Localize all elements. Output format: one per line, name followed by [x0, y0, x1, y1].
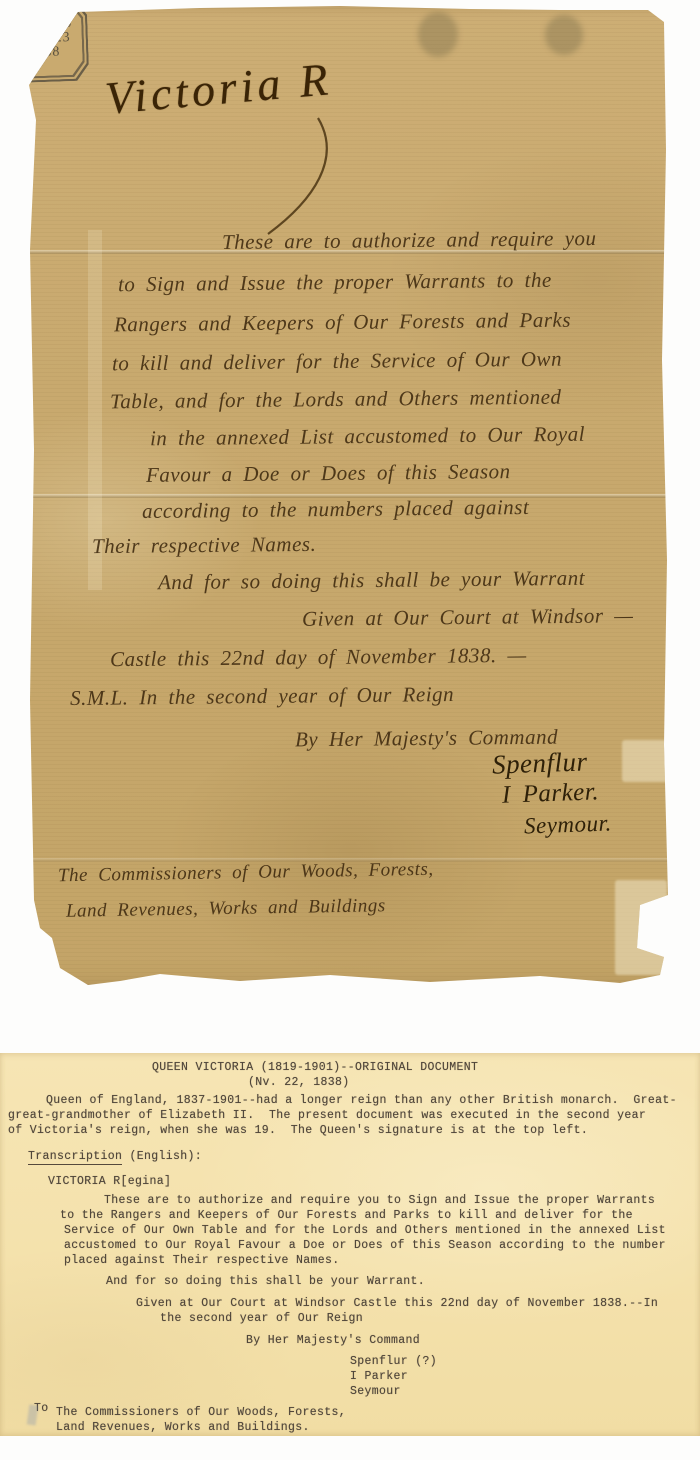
manuscript-line: Favour a Doe or Does of this Season: [146, 459, 511, 488]
typed-line: to the Rangers and Keepers of Our Forest…: [60, 1209, 633, 1222]
address-line: Land Revenues, Works and Buildings: [66, 895, 386, 923]
clerk-signature: Spenflur: [491, 746, 588, 780]
manuscript-line: These are to authorize and require you: [222, 226, 597, 255]
stain: [418, 12, 458, 57]
stamp-line-date: NOV 23: [17, 31, 71, 48]
manuscript-line: in the annexed List accustomed to Our Ro…: [150, 422, 585, 452]
stamp-line-year: 1838: [28, 46, 60, 62]
manuscript-line: And for so doing this shall be your Warr…: [158, 566, 585, 595]
typed-line: QUEEN VICTORIA (1819-1901)--ORIGINAL DOC…: [152, 1061, 478, 1074]
manuscript-line: Given at Our Court at Windsor —: [302, 603, 634, 631]
typed-line: accustomed to Our Royal Favour a Doe or …: [64, 1239, 666, 1252]
typed-line: By Her Majesty's Command: [246, 1334, 420, 1347]
typed-line: Service of Our Own Table and for the Lor…: [64, 1224, 666, 1237]
manuscript-line: Rangers and Keepers of Our Forests and P…: [114, 308, 571, 338]
clerk-signature: I Parker.: [502, 778, 600, 809]
typed-line: I Parker: [350, 1370, 408, 1383]
address-line: The Commissioners of Our Woods, Forests,: [58, 859, 434, 888]
manuscript-document: RECEIVED NOV 23 1838 Victoria R These ar…: [0, 0, 700, 1000]
typed-line: Land Revenues, Works and Buildings.: [56, 1421, 310, 1434]
typed-transcription-sheet: QUEEN VICTORIA (1819-1901)--ORIGINAL DOC…: [0, 1053, 700, 1436]
typed-line: Seymour: [350, 1385, 401, 1398]
faint-blue-mark: [27, 1404, 39, 1425]
manuscript-line: Castle this 22nd day of November 1838. —: [110, 643, 527, 672]
tape-mark: [615, 880, 667, 975]
manuscript-line: Table, and for the Lords and Others ment…: [110, 385, 562, 415]
typed-line: These are to authorize and require you t…: [104, 1194, 655, 1207]
manuscript-line: according to the numbers placed against: [142, 495, 530, 524]
clerk-signature: Seymour.: [524, 810, 613, 839]
typed-line: of Victoria's reign, when she was 19. Th…: [8, 1124, 588, 1137]
typed-line: Queen of England, 1837-1901--had a longe…: [46, 1094, 677, 1107]
manuscript-line: S.M.L. In the second year of Our Reign: [70, 682, 454, 711]
received-stamp: RECEIVED NOV 23 1838: [0, 0, 89, 84]
typed-line: placed against Their respective Names.: [64, 1254, 340, 1267]
typed-line: great-grandmother of Elizabeth II. The p…: [8, 1109, 646, 1122]
typed-line: Spenflur (?): [350, 1355, 437, 1368]
transcription-heading-rest: (English):: [122, 1150, 202, 1163]
typed-line: And for so doing this shall be your Warr…: [106, 1275, 425, 1288]
typed-line: the second year of Our Reign: [160, 1312, 363, 1325]
manuscript-line: to kill and deliver for the Service of O…: [112, 347, 562, 377]
manuscript-line: to Sign and Issue the proper Warrants to…: [118, 268, 552, 298]
stain: [545, 15, 583, 55]
transcription-heading: Transcription (English):: [28, 1150, 202, 1163]
stamp-line-received: RECEIVED: [15, 20, 73, 32]
transcription-heading-underlined: Transcription: [28, 1150, 122, 1165]
tape-mark: [622, 740, 668, 782]
typed-line: Given at Our Court at Windsor Castle thi…: [136, 1297, 658, 1310]
typed-line: The Commissioners of Our Woods, Forests,: [56, 1406, 346, 1419]
typed-line: (Nv. 22, 1838): [248, 1076, 350, 1089]
queen-signature: Victoria R: [103, 52, 334, 125]
scanned-document-page: RECEIVED NOV 23 1838 Victoria R These ar…: [0, 0, 700, 1460]
typed-line: VICTORIA R[egina]: [48, 1175, 171, 1188]
manuscript-line: Their respective Names.: [92, 532, 317, 559]
